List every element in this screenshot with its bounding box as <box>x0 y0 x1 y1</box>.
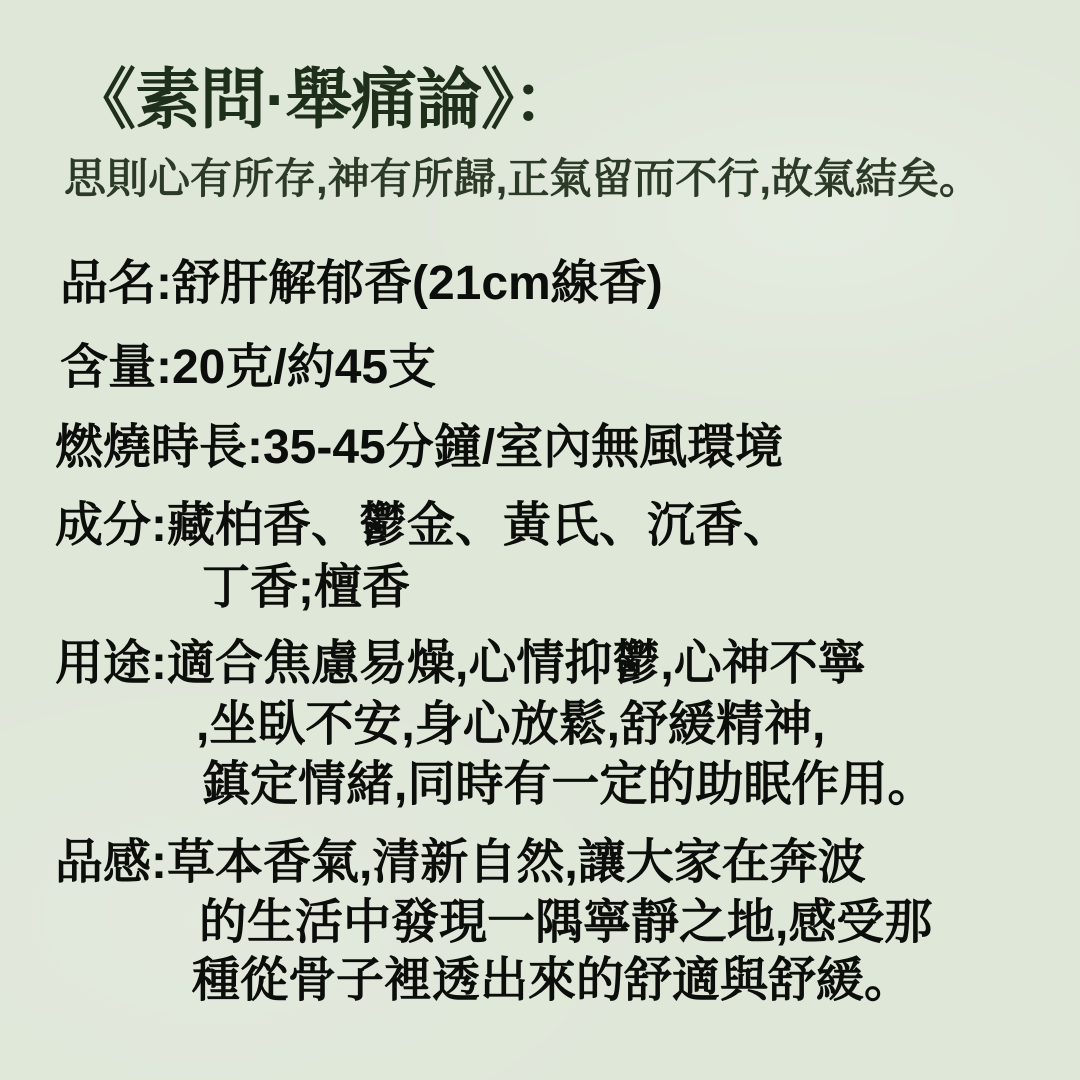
product-usage-line-2: ,坐臥不安,身心放鬆,舒緩精神, <box>196 701 825 749</box>
product-ingredients-line-1: 成分:藏柏香、鬱金、黃氏、沉香、 <box>55 502 791 550</box>
product-info-card: 《素問·舉痛論》： 思則心有所存,神有所歸,正氣留而不行,故氣結矣。 品名:舒肝… <box>0 0 1080 1080</box>
classic-quote-text: 思則心有所存,神有所歸,正氣留而不行,故氣結矣。 <box>64 158 981 200</box>
product-burn-time-line: 燃燒時長:35-45分鐘/室內無風環境 <box>55 424 783 472</box>
product-impression-line-2: 的生活中發現一隅寧靜之地,感受那 <box>199 899 932 947</box>
product-name-line: 品名:舒肝解郁香(21cm線香) <box>60 260 663 308</box>
product-impression-line-1: 品感:草本香氣,清新自然,讓大家在奔波 <box>55 839 866 887</box>
product-usage-line-3: 鎮定情緒,同時有一定的助眠作用。 <box>202 761 935 809</box>
product-ingredients-line-2: 丁香;檀香 <box>202 564 410 612</box>
product-impression-line-3: 種從骨子裡透出來的舒適與舒緩。 <box>192 957 912 1005</box>
product-content-line: 含量:20克/約45支 <box>60 344 436 392</box>
product-usage-line-1: 用途:適合焦慮易燥,心情抑鬱,心神不寧 <box>55 640 866 688</box>
classic-source-title: 《素問·舉痛論》： <box>70 66 578 132</box>
